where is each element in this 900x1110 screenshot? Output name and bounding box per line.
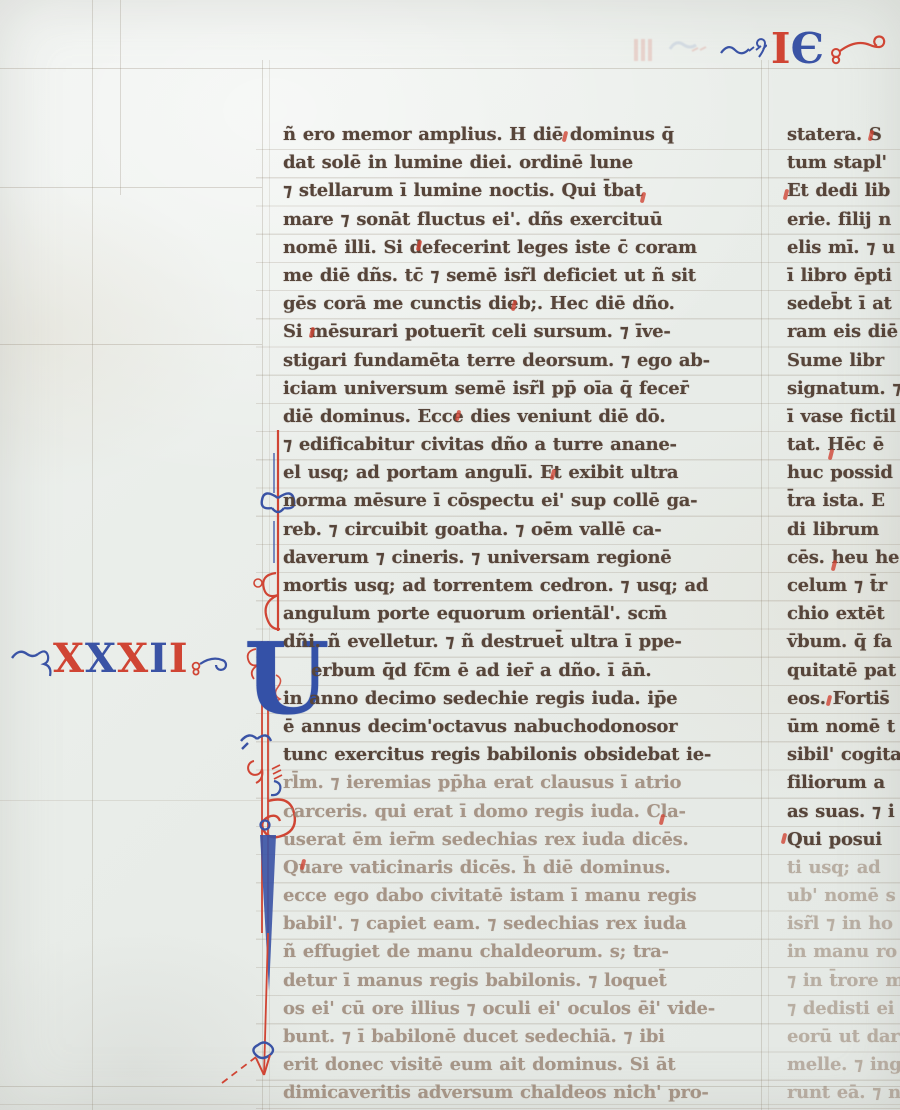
text-line: ī libro ēpti (787, 262, 900, 290)
text-line: ub' nomē s (787, 882, 900, 910)
text-line: ⁊ edificabitur civitas dño a turre anane… (283, 431, 765, 459)
right-text-column: statera. Stum stapl'Et dedi liberie. fil… (787, 121, 900, 1108)
header-letters: IЄ (771, 23, 824, 75)
header-letter: Є (791, 23, 824, 75)
text-line: dñi. ñ evelletur. ⁊ ñ destruet̄ ultra ī … (283, 628, 765, 656)
chapter-letter: X (117, 632, 149, 686)
text-line: gēs corā me cunctis dieb;. Hec diē dño. (283, 290, 765, 318)
text-line: di librum (787, 516, 900, 544)
text-line: ē annus decim'octavus nabuchodonosor (283, 713, 765, 741)
text-line: ram eis diē (787, 318, 900, 346)
chapter-flourish-right (190, 636, 230, 682)
text-line: carceris. qui erat ī domo regis iuda. Cl… (283, 798, 765, 826)
text-line: bunt. ⁊ ī babilonē ducet sedechiā. ⁊ ibi (283, 1023, 765, 1051)
text-line: Et dedi lib (787, 177, 900, 205)
text-line: tat. Hēc ē (787, 431, 900, 459)
text-line: Sume libr (787, 347, 900, 375)
text-line: dat solē in lumine diei. ordinē lune (283, 149, 765, 177)
chapter-marker-xxxii: XXXII (10, 630, 242, 688)
header-letter: I (771, 23, 791, 75)
text-line: huc possid (787, 459, 900, 487)
ruling-line-vertical (92, 0, 93, 1110)
text-line: norma mēsure ī cōspectu ei' sup collē ga… (283, 487, 765, 515)
header-pen-flourish-left (719, 27, 767, 71)
ruling-line-margin (0, 344, 262, 345)
text-line: in manu ro (787, 938, 900, 966)
text-line: celum ⁊ t̄r (787, 572, 900, 600)
text-line: stigari fundamēta terre deorsum. ⁊ ego a… (283, 347, 765, 375)
text-line: reb. ⁊ circuibit goatha. ⁊ oēm vallē ca- (283, 516, 765, 544)
text-line: detur ī manus regis babilonis. ⁊ loquet̄ (283, 967, 765, 995)
text-line: el usq; ad portam angulī. Et exibit ultr… (283, 459, 765, 487)
text-line: rl̄m. ⁊ ieremias pp̄ha erat clausus ī at… (283, 769, 765, 797)
text-line: sibil' cogita (787, 741, 900, 769)
text-line: eorū ut dar (787, 1023, 900, 1051)
ruling-line-margin (0, 800, 262, 801)
text-line: mortis usq; ad torrentem cedron. ⁊ usq; … (283, 572, 765, 600)
text-line: tunc exercitus regis babilonis obsidebat… (283, 741, 765, 769)
text-line: ūm nomē t (787, 713, 900, 741)
text-line: statera. S (787, 121, 900, 149)
text-line: cēs. heu he (787, 544, 900, 572)
text-line: angulum porte equorum orientāl'. scm̄ (283, 600, 765, 628)
text-line: ī vase fictil (787, 403, 900, 431)
text-line: ⁊ dedisti ei (787, 995, 900, 1023)
chapter-letter: I (149, 632, 169, 686)
text-line: ecce ego dabo civitatē istam ī manu regi… (283, 882, 765, 910)
text-line: ñ effugiet de manu chaldeorum. s; tra- (283, 938, 765, 966)
text-line: runt eā. ⁊ n (787, 1079, 900, 1107)
ruling-line-vertical (120, 0, 121, 195)
text-line: userat ēm ier̄m sedechias rex iuda dicēs… (283, 826, 765, 854)
text-line: mare ⁊ sonāt fluctus ei'. dñs exercituū (283, 206, 765, 234)
manuscript-page: IЄ XXXII (0, 0, 900, 1110)
text-line: ⁊ in t̄rore m (787, 967, 900, 995)
text-line: Quare vaticinaris dicēs. h̄ diē dominus. (283, 854, 765, 882)
text-line: as suas. ⁊ i (787, 798, 900, 826)
text-line: tum stapl' (787, 149, 900, 177)
text-line: Qui posui (787, 826, 900, 854)
text-line: chio extēt (787, 600, 900, 628)
text-line: isr̃l ⁊ in ho (787, 910, 900, 938)
offset-ghost-marks (630, 27, 715, 71)
text-line: daverum ⁊ cineris. ⁊ universam regionē (283, 544, 765, 572)
text-line: ñ ero memor amplius. H diē dominus q̄ (283, 121, 765, 149)
text-line: filiorum a (787, 769, 900, 797)
text-line: Si mēsurari potuerīt celi sursum. ⁊ īve- (283, 318, 765, 346)
text-line: ⁊ stellarum ī lumine noctis. Qui t̄bat (283, 177, 765, 205)
text-line: sedeb̄t ī at (787, 290, 900, 318)
text-line: nomē illi. Si defecerint leges iste c̄ c… (283, 234, 765, 262)
chapter-letter: X (53, 632, 85, 686)
chapter-numeral: XXXII (53, 632, 189, 686)
running-header: IЄ (628, 20, 890, 78)
chapter-letter: X (85, 632, 117, 686)
text-line: ti usq; ad (787, 854, 900, 882)
text-line: diē dominus. Ecce dies veniunt diē dō. (283, 403, 765, 431)
text-line: erie. filij n (787, 206, 900, 234)
text-line: in anno decimo sedechie regis iuda. ip̄e (283, 685, 765, 713)
ruling-line-vertical (768, 60, 769, 1110)
text-line: elis mī. ⁊ u (787, 234, 900, 262)
text-line: eos. Fortis̄ (787, 685, 900, 713)
text-line: os ei' cū ore illius ⁊ oculi ei' oculos … (283, 995, 765, 1023)
text-line: dimicaveritis adversum chaldeos nich' pr… (283, 1079, 765, 1107)
text-line: quitatē pat (787, 657, 900, 685)
header-pen-flourish-right (828, 27, 890, 71)
main-text-column: ñ ero memor amplius. H diē dominus q̄dat… (283, 121, 765, 1108)
text-line: iciam universum semē isr̃l pp̄ oīa q̄ fe… (283, 375, 765, 403)
text-line: melle. ⁊ ing (787, 1051, 900, 1079)
text-line: erbum q̄d fc̄m ē ad ier̄ a dño. ī ān̄. (283, 657, 765, 685)
text-line: signatum. ⁊ l (787, 375, 900, 403)
text-line: v̄bum. q̄ fa (787, 628, 900, 656)
text-line: babil'. ⁊ capiet eam. ⁊ sedechias rex iu… (283, 910, 765, 938)
chapter-letter: I (169, 632, 189, 686)
text-line: erit donec visitē eum ait dominus. Si āt (283, 1051, 765, 1079)
chapter-flourish-left (10, 636, 52, 682)
text-line: t̄ra ista. E (787, 487, 900, 515)
ruling-line-margin (0, 187, 262, 188)
text-line: me diē dñs. tc̄ ⁊ semē isr̃l deficiet ut… (283, 262, 765, 290)
ruling-line-vertical (269, 60, 270, 1110)
ruling-line-vertical (262, 60, 263, 1110)
